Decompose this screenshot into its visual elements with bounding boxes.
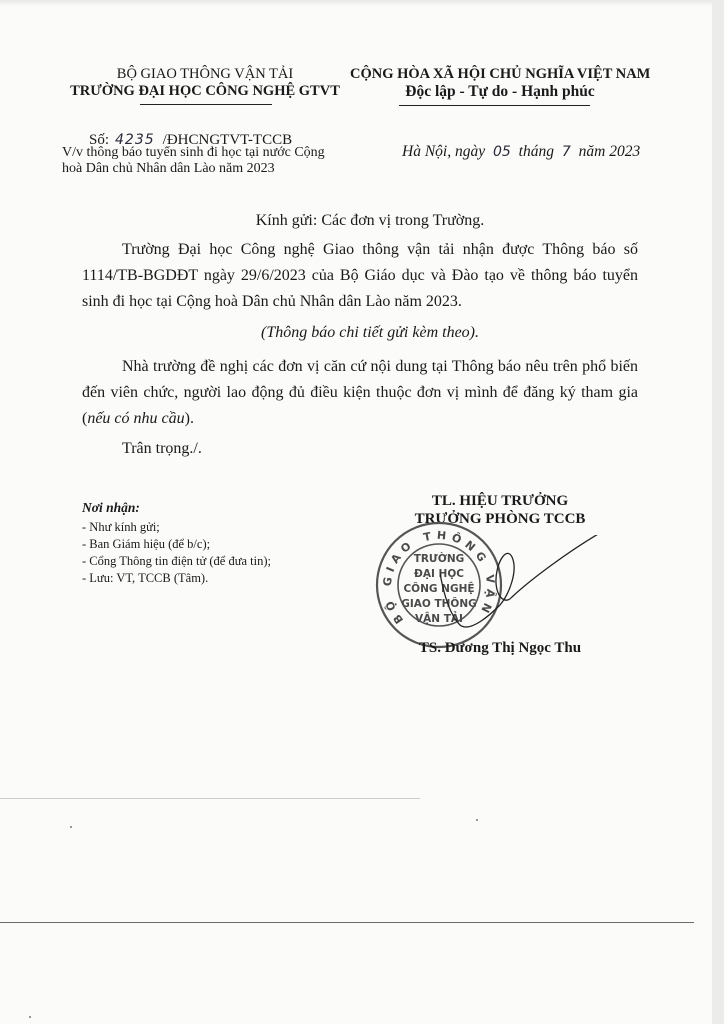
national-motto: Độc lập - Tự do - Hạnh phúc bbox=[350, 83, 650, 101]
signature-title-1: TL. HIỆU TRƯỞNG bbox=[380, 493, 620, 510]
scan-artifact-line bbox=[0, 798, 420, 799]
paragraph-2-italic: nếu có nhu cầu bbox=[87, 410, 184, 427]
date-month-label: tháng bbox=[519, 143, 554, 160]
scan-speck bbox=[476, 819, 478, 821]
recipients-title: Nơi nhận: bbox=[82, 500, 140, 516]
date-day: 05 bbox=[493, 144, 511, 160]
recipient-item: - Ban Giám hiệu (để b/c); bbox=[82, 537, 210, 552]
recipient-item: - Lưu: VT, TCCB (Tâm). bbox=[82, 571, 208, 586]
date-prefix: Hà Nội, ngày bbox=[402, 143, 485, 160]
recipient-item: - Cổng Thông tin điện tử (để đưa tin); bbox=[82, 554, 271, 569]
signer-name: TS. Dương Thị Ngọc Thu bbox=[380, 640, 620, 657]
recipient-item: - Như kính gửi; bbox=[82, 520, 160, 535]
date-month: 7 bbox=[562, 144, 571, 160]
school-name: TRƯỜNG ĐẠI HỌC CÔNG NGHỆ GTVT bbox=[64, 83, 346, 100]
header-right-underline bbox=[399, 105, 590, 106]
paragraph-2: Nhà trường đề nghị các đơn vị căn cứ nội… bbox=[82, 354, 638, 432]
scan-edge-strip bbox=[712, 0, 724, 1024]
ministry-name: BỘ GIAO THÔNG VẬN TẢI bbox=[80, 66, 330, 83]
scan-top-shadow bbox=[0, 0, 712, 6]
handwritten-signature-icon bbox=[440, 535, 610, 635]
scan-artifact-line bbox=[0, 922, 694, 923]
salutation: Kính gửi: Các đơn vị trong Trường. bbox=[80, 212, 660, 230]
attachment-note: (Thông báo chi tiết gửi kèm theo). bbox=[80, 324, 660, 342]
paragraph-1: Trường Đại học Công nghệ Giao thông vận … bbox=[82, 237, 638, 315]
national-title: CỘNG HÒA XÃ HỘI CHỦ NGHĨA VIỆT NAM bbox=[350, 66, 650, 83]
header-left-underline bbox=[140, 104, 272, 105]
subject-line-1: V/v thông báo tuyển sinh đi học tại nước… bbox=[62, 145, 325, 161]
subject-line-2: hoà Dân chủ Nhân dân Lào năm 2023 bbox=[62, 161, 275, 177]
date-year: năm 2023 bbox=[579, 143, 641, 160]
date-line: Hà Nội, ngày 05 tháng 7 năm 2023 bbox=[402, 143, 640, 161]
paragraph-2-end: ). bbox=[185, 410, 194, 427]
closing: Trân trọng./. bbox=[122, 440, 202, 458]
scan-speck bbox=[29, 1016, 31, 1018]
scan-speck bbox=[70, 826, 72, 828]
